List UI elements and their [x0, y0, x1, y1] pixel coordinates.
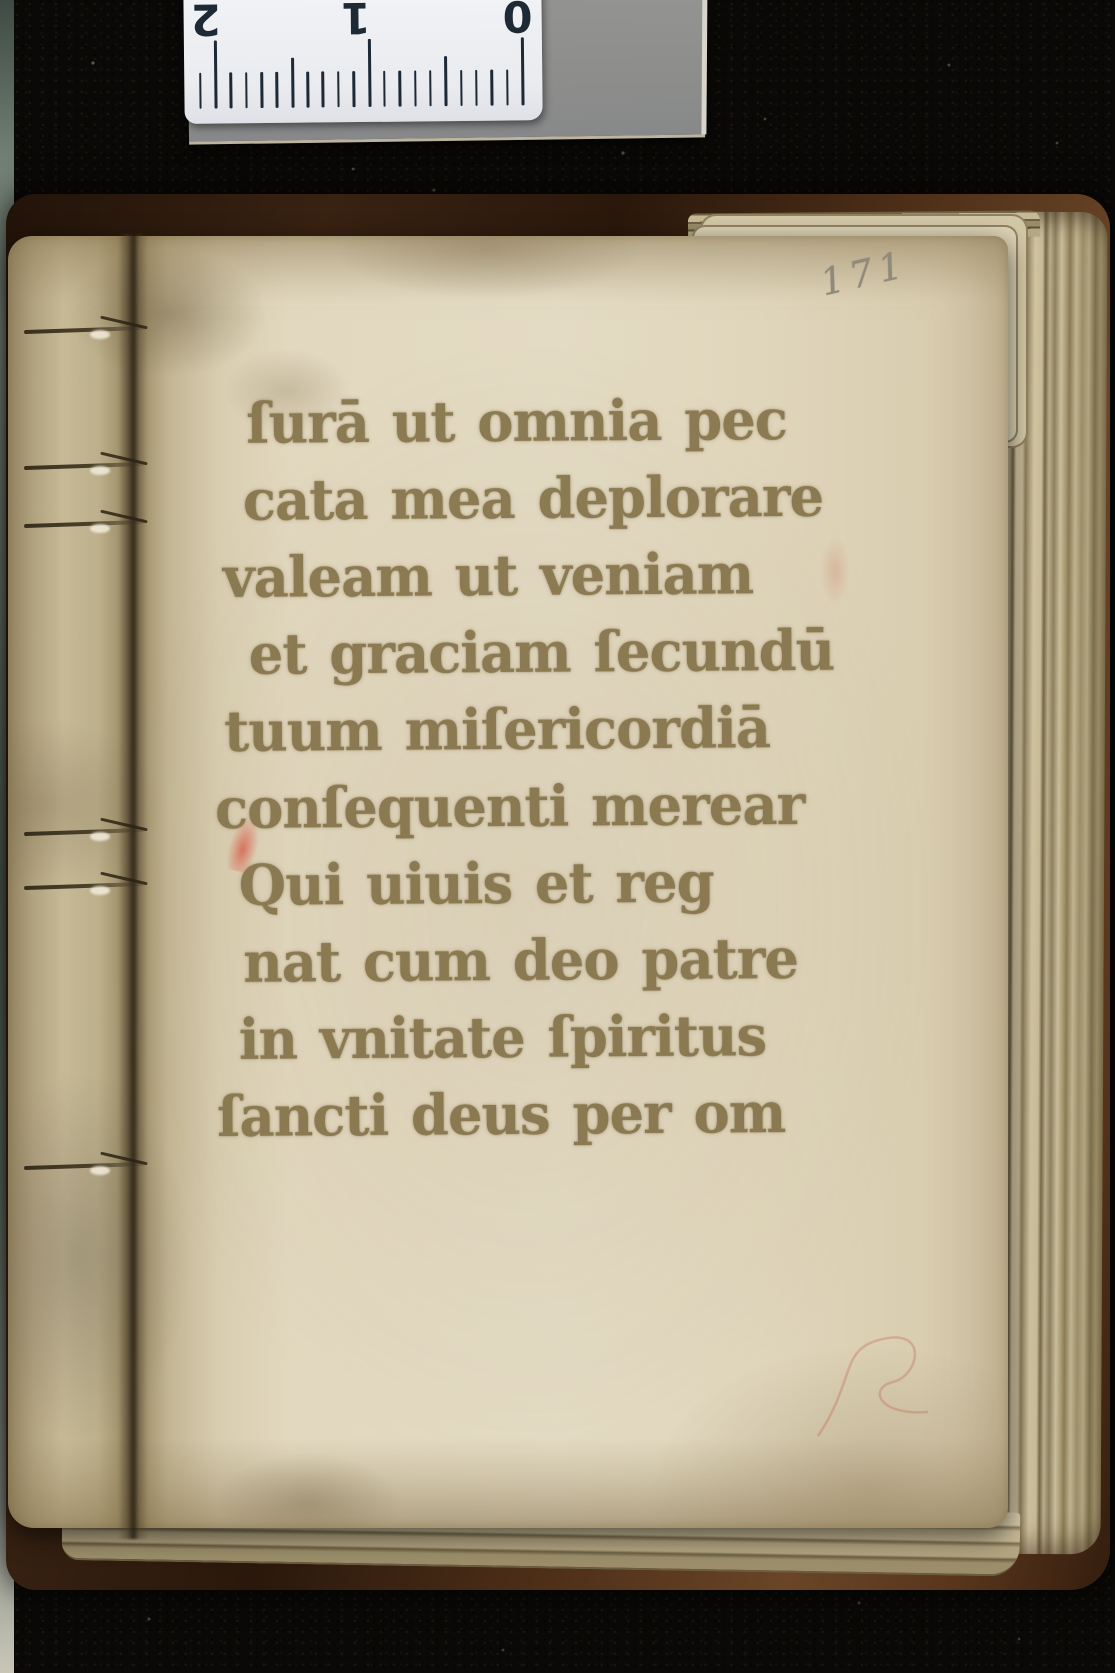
sewing-slit [24, 514, 144, 534]
ruler-ticks [184, 35, 543, 109]
manuscript-line: et graciam ſecundū [249, 613, 835, 694]
manuscript-line: ſancti deus per om [217, 1075, 838, 1156]
manuscript-line: valeam ut veniam [223, 536, 835, 617]
manuscript-line: cata mea deplorare [243, 459, 834, 540]
ruler-label-2: 2 [185, 0, 226, 44]
manuscript-line: conſequenti merear [215, 767, 836, 848]
sewing-slit [24, 822, 144, 842]
manuscript-line: tuum miſericordiā [224, 690, 836, 771]
manuscript-line: nat cum deo patre [243, 921, 837, 1002]
sewing-slit [24, 456, 144, 476]
manuscript-line: Qui uiuis et reg [239, 844, 837, 925]
ruler: 2 1 0 [183, 0, 542, 124]
manuscript-photo: ſurā ut omnia pec cata mea deplorare val… [0, 0, 1115, 1673]
red-show-through [798, 1316, 998, 1456]
manuscript-page: ſurā ut omnia pec cata mea deplorare val… [8, 236, 1008, 1528]
sewing-slit [24, 320, 144, 340]
folio-number: 171 [816, 243, 912, 305]
text-block: ſurā ut omnia pec cata mea deplorare val… [212, 382, 838, 1156]
sewing-slit [24, 876, 144, 896]
manuscript-line: ſurā ut omnia pec [246, 382, 833, 463]
red-smudge [820, 536, 850, 606]
manuscript-line: in vnitate ſpiritus [239, 998, 838, 1079]
sewing-slit [24, 1156, 144, 1176]
